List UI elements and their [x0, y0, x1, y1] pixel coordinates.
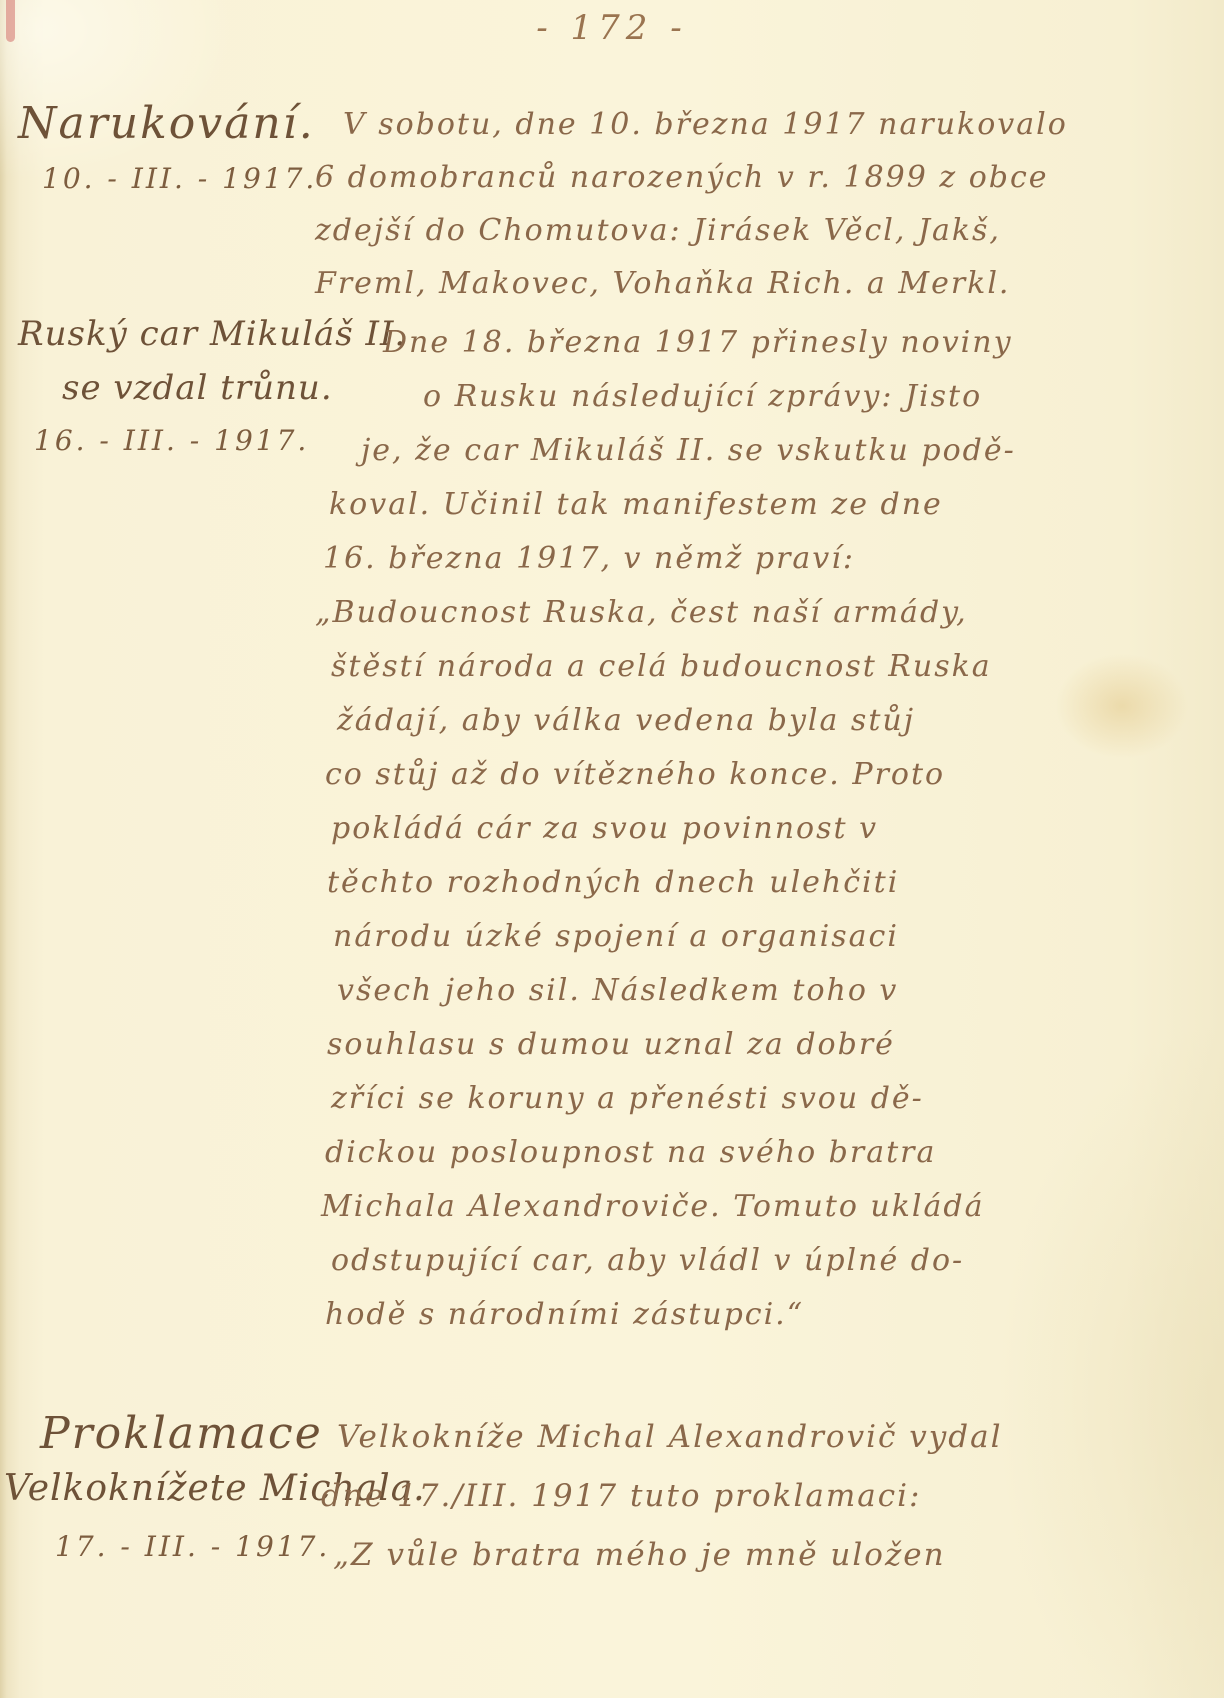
body-line: „Budoucnost Ruska, čest naší armády, [315, 586, 1105, 640]
body-line: žádají, aby válka vedena byla stůj [337, 694, 1105, 748]
manuscript-page: { "page_number": "- 172 -", "colors": { … [0, 0, 1224, 1698]
body-line: štěstí národa a celá budoucnost Ruska [331, 640, 1105, 694]
body-line: dne 17./III. 1917 tuto proklamaci: [321, 1467, 1105, 1526]
body-line: „Z vůle bratra mého je mně uložen [333, 1526, 1105, 1585]
body-line: je, že car Mikuláš II. se vskutku podě- [361, 424, 1105, 478]
body-line: Velkokníže Michal Alexandrovič vydal [337, 1408, 1105, 1467]
body-line: všech jeho sil. Následkem toho v [337, 964, 1105, 1018]
section-body: Dne 18. března 1917 přinesly noviny o Ru… [315, 316, 1105, 1342]
margin-heading: Narukování. [18, 98, 315, 149]
margin-heading: Proklamace [40, 1408, 323, 1459]
section-body: V sobotu, dne 10. března 1917 narukovalo… [315, 98, 1105, 310]
body-line: 16. března 1917, v němž praví: [323, 532, 1105, 586]
section-body: Velkokníže Michal Alexandrovič vydal dne… [315, 1408, 1105, 1585]
body-line: odstupující car, aby vládl v úplné do- [331, 1234, 1105, 1288]
body-line: hodě s národními zástupci.“ [325, 1288, 1105, 1342]
body-line: Freml, Makovec, Vohaňka Rich. a Merkl. [315, 257, 1105, 310]
body-line: zříci se koruny a přenésti svou dě- [331, 1072, 1105, 1126]
body-line: Michala Alexandroviče. Tomuto ukládá [321, 1180, 1105, 1234]
body-line: Dne 18. března 1917 přinesly noviny [383, 316, 1105, 370]
body-line: těchto rozhodných dnech ulehčiti [327, 856, 1105, 910]
body-line: zdejší do Chomutova: Jirásek Věcl, Jakš, [315, 204, 1105, 257]
margin-heading: se vzdal trůnu. [62, 368, 333, 408]
body-line: koval. Učinil tak manifestem ze dne [329, 478, 1105, 532]
margin-date: 10. - III. - 1917. [42, 162, 317, 195]
body-line: národu úzké spojení a organisaci [333, 910, 1105, 964]
margin-date: 16. - III. - 1917. [34, 424, 309, 457]
body-line: pokládá cár za svou povinnost v [331, 802, 1105, 856]
body-line: souhlasu s dumou uznal za dobré [327, 1018, 1105, 1072]
body-line: co stůj až do vítězného konce. Proto [325, 748, 1105, 802]
body-line: dickou posloupnost na svého bratra [325, 1126, 1105, 1180]
margin-date: 17. - III. - 1917. [55, 1530, 330, 1563]
body-line: o Rusku následující zprávy: Jisto [423, 370, 1105, 424]
page-number: - 172 - [0, 8, 1224, 48]
body-line: 6 domobranců narozených v r. 1899 z obce [315, 151, 1105, 204]
body-line: V sobotu, dne 10. března 1917 narukovalo [343, 98, 1105, 151]
